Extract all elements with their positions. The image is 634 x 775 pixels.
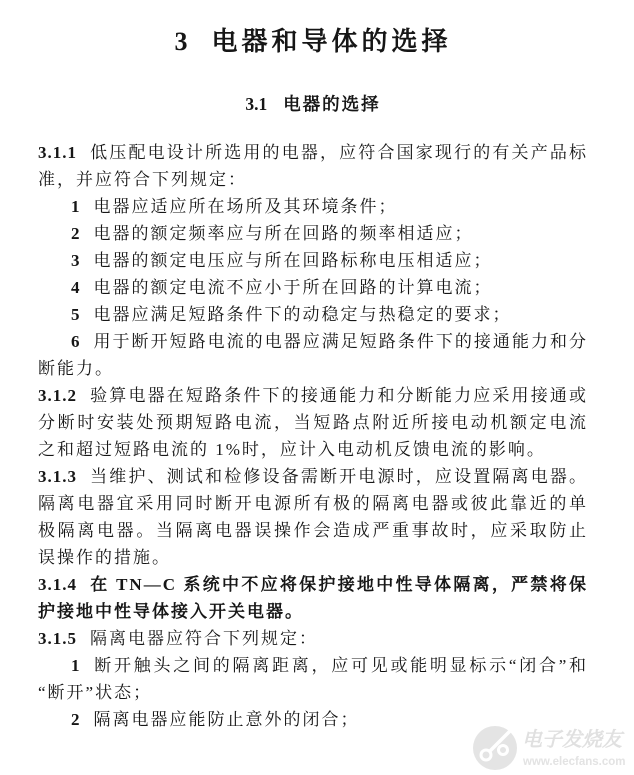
clause-number: 3.1.4 xyxy=(38,575,77,594)
clause-3-1-3: 3.1.3当维护、测试和检修设备需断开电源时，应设置隔离电器。隔离电器宜采用同时… xyxy=(38,463,588,571)
item-text: 电器应满足短路条件下的动稳定与热稳定的要求； xyxy=(94,305,512,324)
list-item-2: 2电器的额定频率应与所在回路的频率相适应； xyxy=(38,220,588,247)
list-item-3: 3电器的额定电压应与所在回路标称电压相适应； xyxy=(38,247,588,274)
clause-text: 低压配电设计所选用的电器，应符合国家现行的有关产品标准，并应符合下列规定： xyxy=(38,143,588,189)
list-item-5: 5电器应满足短路条件下的动稳定与热稳定的要求； xyxy=(38,301,588,328)
item-number: 3 xyxy=(71,251,81,270)
clauses-body: 3.1.1低压配电设计所选用的电器，应符合国家现行的有关产品标准，并应符合下列规… xyxy=(38,139,588,733)
clause-number: 3.1.3 xyxy=(38,467,77,486)
document-content: 3电器和导体的选择 3.1电器的选择 3.1.1低压配电设计所选用的电器，应符合… xyxy=(0,0,634,733)
clause-text: 验算电器在短路条件下的接通能力和分断能力应采用接通或分断时安装处预期短路电流，当… xyxy=(38,386,588,459)
list-item-1: 1电器应适应所在场所及其环境条件； xyxy=(38,193,588,220)
list-item-2: 2隔离电器应能防止意外的闭合； xyxy=(38,706,588,733)
item-number: 1 xyxy=(71,197,81,216)
item-number: 2 xyxy=(71,224,81,243)
section-number: 3.1 xyxy=(245,94,267,114)
clause-number: 3.1.2 xyxy=(38,386,77,405)
item-text: 电器的额定电流不应小于所在回路的计算电流； xyxy=(94,278,493,297)
document-page: { "content": { "chapter": { "number": "3… xyxy=(0,0,634,775)
chapter-title: 3电器和导体的选择 xyxy=(38,27,588,57)
watermark-url: www.elecfans.com xyxy=(522,756,625,768)
clause-number: 3.1.5 xyxy=(38,629,77,648)
chapter-title-text: 电器和导体的选择 xyxy=(211,27,451,56)
item-text: 电器的额定电压应与所在回路标称电压相适应； xyxy=(94,251,493,270)
item-text: 断开触头之间的隔离距离，应可见或能明显标示“闭合”和“断开”状态； xyxy=(38,656,588,702)
section-title-text: 电器的选择 xyxy=(283,94,381,114)
item-text: 用于断开短路电流的电器应满足短路条件下的接通能力和分断能力。 xyxy=(38,332,588,378)
item-text: 隔离电器应能防止意外的闭合； xyxy=(94,710,360,729)
list-item-1: 1断开触头之间的隔离距离，应可见或能明显标示“闭合”和“断开”状态； xyxy=(38,652,588,706)
clause-text: 在 TN—C 系统中不应将保护接地中性导体隔离，严禁将保护接地中性导体接入开关电… xyxy=(38,575,588,621)
item-number: 2 xyxy=(71,710,81,729)
item-number: 6 xyxy=(71,332,81,351)
item-number: 4 xyxy=(71,278,81,297)
clause-3-1-1: 3.1.1低压配电设计所选用的电器，应符合国家现行的有关产品标准，并应符合下列规… xyxy=(38,139,588,193)
clause-text: 隔离电器应符合下列规定： xyxy=(90,629,318,648)
clause-text: 当维护、测试和检修设备需断开电源时，应设置隔离电器。隔离电器宜采用同时断开电源所… xyxy=(38,467,588,567)
clause-3-1-2: 3.1.2验算电器在短路条件下的接通能力和分断能力应采用接通或分断时安装处预期短… xyxy=(38,382,588,463)
item-text: 电器的额定频率应与所在回路的频率相适应； xyxy=(94,224,474,243)
chapter-number: 3 xyxy=(174,27,187,56)
clause-3-1-4: 3.1.4在 TN—C 系统中不应将保护接地中性导体隔离，严禁将保护接地中性导体… xyxy=(38,571,588,625)
item-number: 5 xyxy=(71,305,81,324)
clause-number: 3.1.1 xyxy=(38,143,77,162)
item-text: 电器应适应所在场所及其环境条件； xyxy=(94,197,398,216)
list-item-6: 6用于断开短路电流的电器应满足短路条件下的接通能力和分断能力。 xyxy=(38,328,588,382)
section-title: 3.1电器的选择 xyxy=(38,94,588,115)
list-item-4: 4电器的额定电流不应小于所在回路的计算电流； xyxy=(38,274,588,301)
item-number: 1 xyxy=(71,656,81,675)
clause-3-1-5: 3.1.5隔离电器应符合下列规定： xyxy=(38,625,588,652)
